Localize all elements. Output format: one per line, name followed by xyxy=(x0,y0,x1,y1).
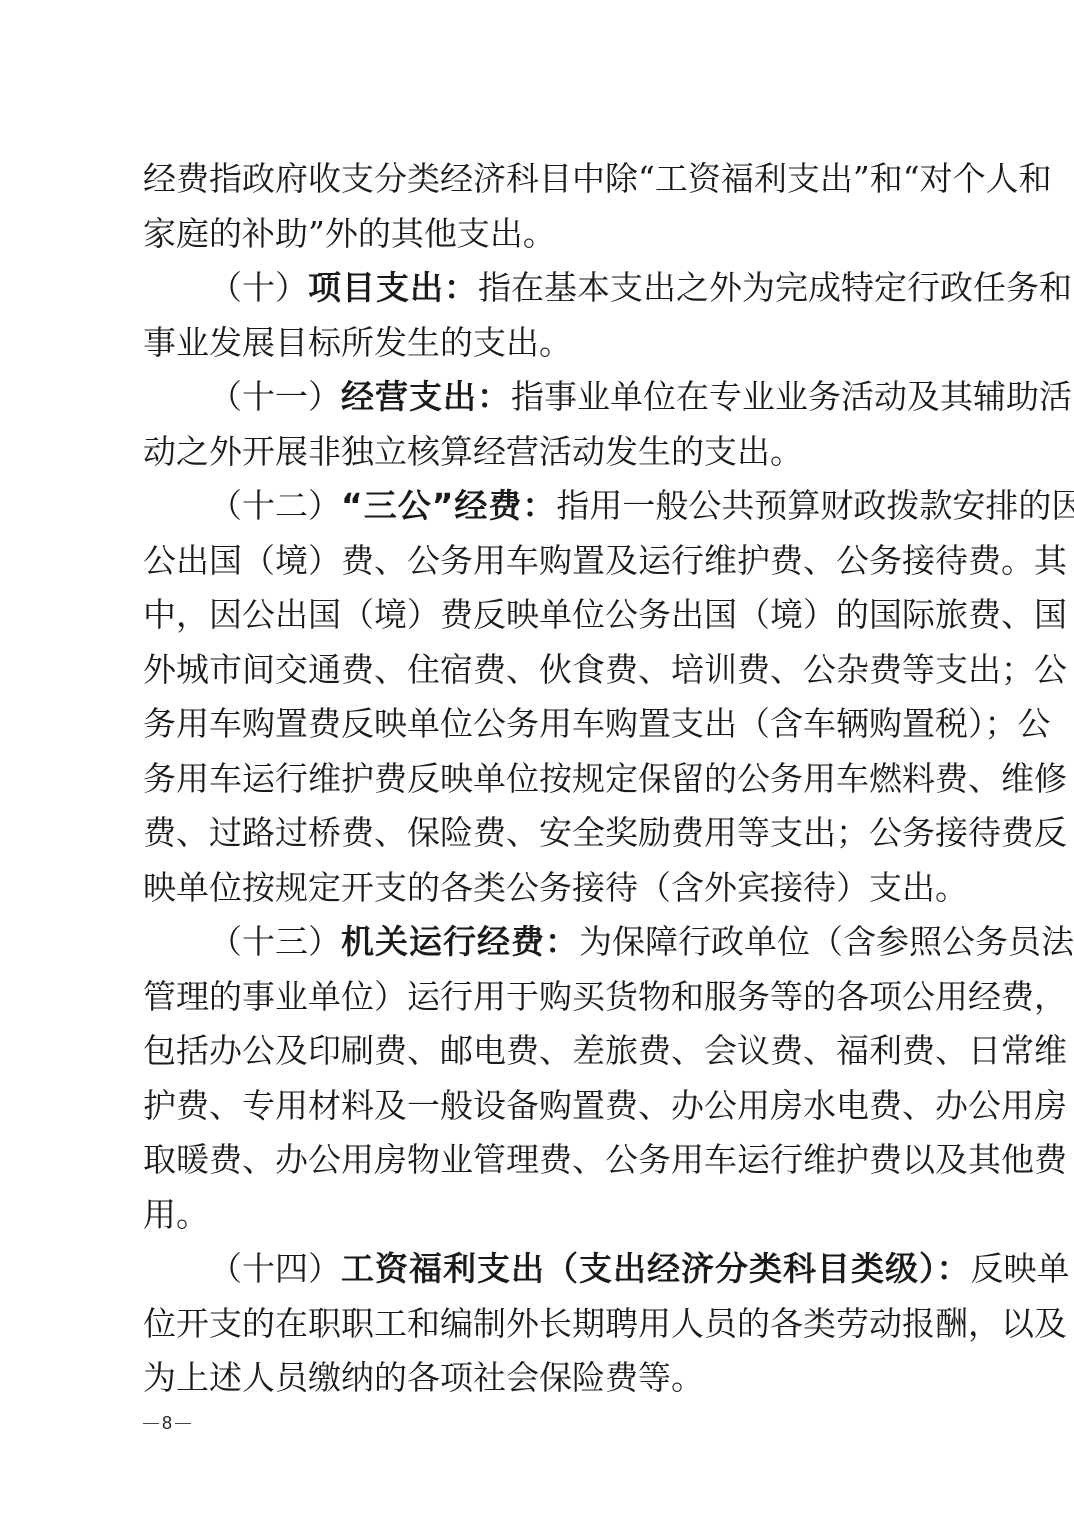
section-text: 反映单 xyxy=(971,1249,1070,1288)
section-text: 指在基本支出之外为完成特定行政任务和 xyxy=(478,268,1072,307)
section-12-three-public-expenses: （十二）“三公”经费：指用一般公共预算财政拨款安排的因 公出国（境）费、公务用车… xyxy=(143,479,943,915)
text-line: 包括办公及印刷费、邮电费、差旅费、会议费、福利费、日常维 xyxy=(143,1024,943,1079)
text-line: （十）项目支出：指在基本支出之外为完成特定行政任务和 xyxy=(143,261,943,316)
text-line: 为上述人员缴纳的各项社会保险费等。 xyxy=(143,1351,943,1406)
text-line: 用。 xyxy=(143,1188,943,1243)
text-line: 务用车运行维护费反映单位按规定保留的公务用车燃料费、维修 xyxy=(143,752,943,807)
section-text: 指事业单位在专业业务活动及其辅助活 xyxy=(511,377,1072,416)
section-13-agency-operating-funds: （十三）机关运行经费：为保障行政单位（含参照公务员法 管理的事业单位）运行用于购… xyxy=(143,915,943,1242)
text-line: 管理的事业单位）运行用于购买货物和服务等的各项公用经费， xyxy=(143,970,943,1025)
section-text: 为保障行政单位（含参照公务员法 xyxy=(579,922,1074,961)
text-line: （十一）经营支出：指事业单位在专业业务活动及其辅助活 xyxy=(143,370,943,425)
section-text: 指用一般公共预算财政拨款安排的因 xyxy=(556,486,1074,525)
text-line: 映单位按规定开支的各类公务接待（含外宾接待）支出。 xyxy=(143,861,943,916)
footer-dash-right xyxy=(175,1423,191,1424)
text-line: 护费、专用材料及一般设备购置费、办公用房水电费、办公用房 xyxy=(143,1079,943,1134)
section-14-wage-welfare-expenditure: （十四）工资福利支出（支出经济分类科目类级）：反映单 位开支的在职职工和编制外长… xyxy=(143,1242,943,1406)
section-number: （十） xyxy=(209,268,308,307)
text-line: 费、过路过桥费、保险费、安全奖励费用等支出；公务接待费反 xyxy=(143,806,943,861)
footer-dash-left xyxy=(143,1423,159,1424)
text-line: 公出国（境）费、公务用车购置及运行维护费、公务接待费。其 xyxy=(143,534,943,589)
text-line: 取暖费、办公用房物业管理费、公务用车运行维护费以及其他费 xyxy=(143,1133,943,1188)
text-line: 中，因公出国（境）费反映单位公务出国（境）的国际旅费、国 xyxy=(143,588,943,643)
section-10-project-expenditure: （十）项目支出：指在基本支出之外为完成特定行政任务和 事业发展目标所发生的支出。 xyxy=(143,261,943,370)
page-footer: 8 xyxy=(143,1413,191,1434)
section-term: 经营支出： xyxy=(341,377,511,416)
text-line: 外城市间交通费、住宿费、伙食费、培训费、公杂费等支出；公 xyxy=(143,643,943,698)
section-term: 工资福利支出（支出经济分类科目类级）： xyxy=(341,1249,971,1288)
section-11-operating-expenditure: （十一）经营支出：指事业单位在专业业务活动及其辅助活 动之外开展非独立核算经营活… xyxy=(143,370,943,479)
text-line: 事业发展目标所发生的支出。 xyxy=(143,316,943,371)
page-number: 8 xyxy=(162,1413,172,1434)
text-line: 务用车购置费反映单位公务用车购置支出（含车辆购置税）；公 xyxy=(143,697,943,752)
section-term: “三公”经费： xyxy=(341,486,556,525)
text-line: （十三）机关运行经费：为保障行政单位（含参照公务员法 xyxy=(143,915,943,970)
section-number: （十三） xyxy=(209,922,341,961)
section-term: 项目支出： xyxy=(308,268,478,307)
text-line: 家庭的补助”外的其他支出。 xyxy=(143,207,943,262)
section-number: （十二） xyxy=(209,486,341,525)
text-line: （十二）“三公”经费：指用一般公共预算财政拨款安排的因 xyxy=(143,479,943,534)
section-number: （十四） xyxy=(209,1249,341,1288)
intro-paragraph: 经费指政府收支分类经济科目中除“工资福利支出”和“对个人和 家庭的补助”外的其他… xyxy=(143,152,943,261)
text-line: 位开支的在职职工和编制外长期聘用人员的各类劳动报酬，以及 xyxy=(143,1297,943,1352)
text-line: 经费指政府收支分类经济科目中除“工资福利支出”和“对个人和 xyxy=(143,152,943,207)
section-term: 机关运行经费： xyxy=(341,922,579,961)
section-number: （十一） xyxy=(209,377,341,416)
text-line: （十四）工资福利支出（支出经济分类科目类级）：反映单 xyxy=(143,1242,943,1297)
document-page: 经费指政府收支分类经济科目中除“工资福利支出”和“对个人和 家庭的补助”外的其他… xyxy=(143,152,943,1406)
text-line: 动之外开展非独立核算经营活动发生的支出。 xyxy=(143,425,943,480)
